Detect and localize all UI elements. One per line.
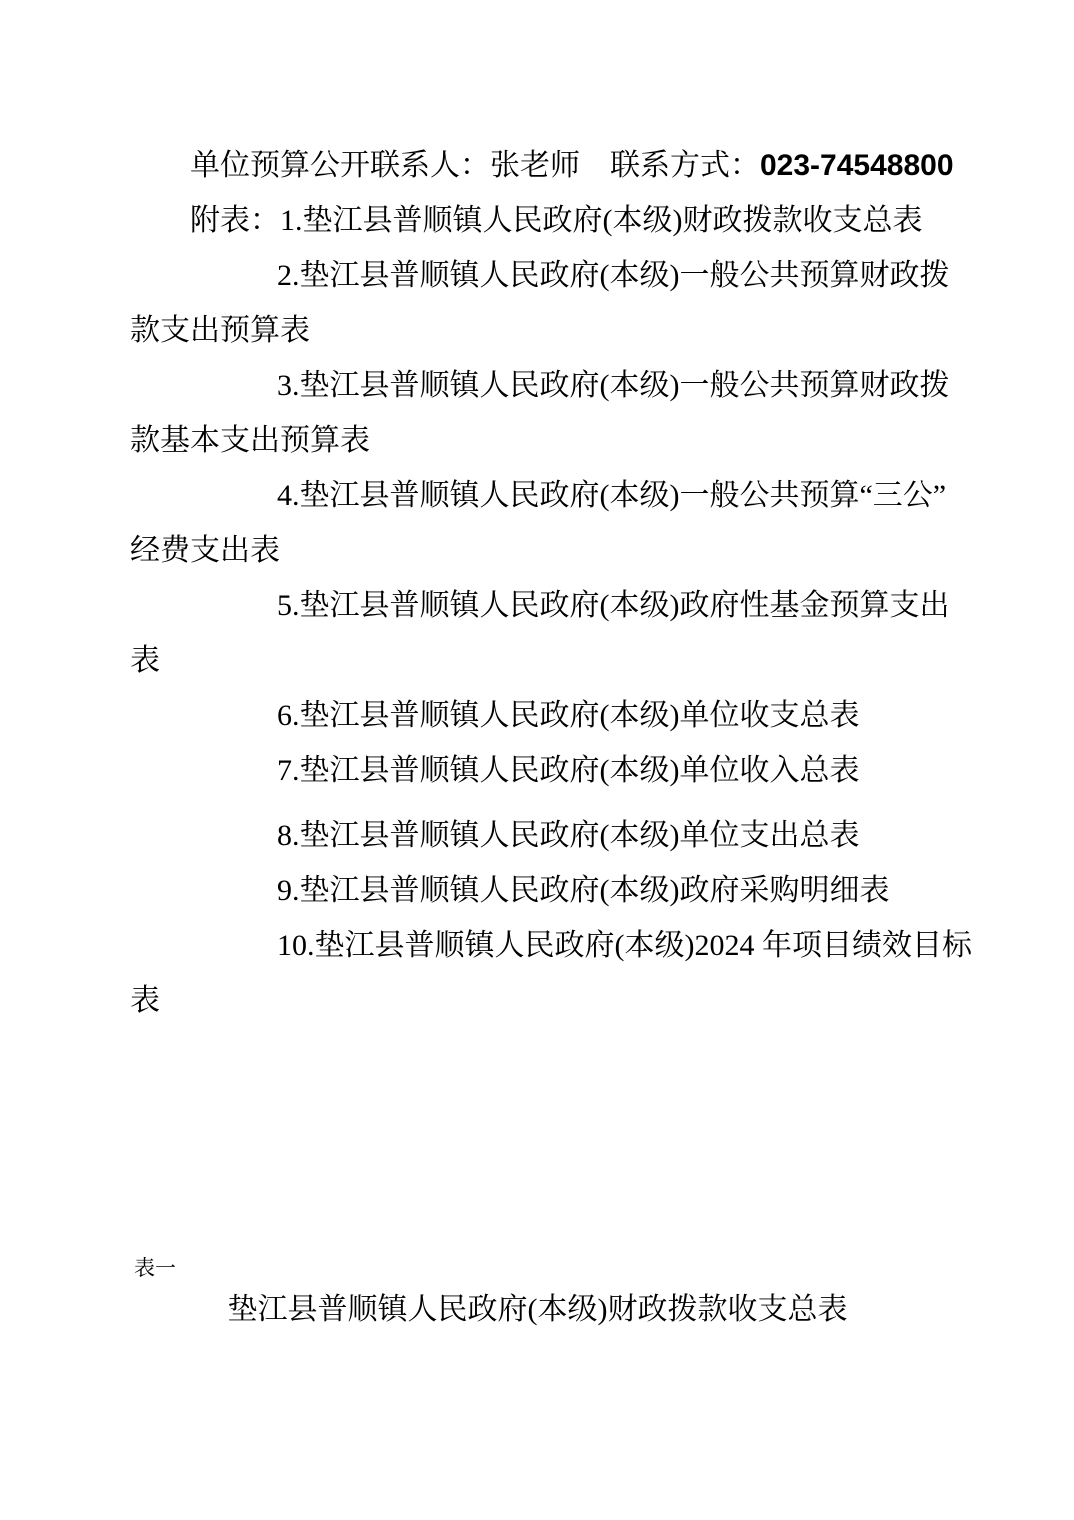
attachment-line-5-wrap: 表	[130, 633, 945, 688]
attachment-line-5: 5.垫江县普顺镇人民政府(本级)政府性基金预算支出	[130, 578, 945, 633]
contact-phone-number: 023-74548800	[760, 149, 954, 182]
attachment-line-3: 3.垫江县普顺镇人民政府(本级)一般公共预算财政拨	[130, 358, 945, 413]
attachment-line-9: 9.垫江县普顺镇人民政府(本级)政府采购明细表	[130, 863, 945, 918]
table-one-label: 表一	[130, 1253, 945, 1283]
attachment-line-4-wrap: 经费支出表	[130, 523, 945, 578]
attachment-line-2-wrap: 款支出预算表	[130, 303, 945, 358]
attachment-line-1: 附表：1.垫江县普顺镇人民政府(本级)财政拨款收支总表	[130, 193, 945, 248]
attachment-line-10: 10.垫江县普顺镇人民政府(本级)2024 年项目绩效目标	[130, 918, 945, 973]
attachment-line-7: 7.垫江县普顺镇人民政府(本级)单位收入总表	[130, 743, 945, 798]
blank-gap	[130, 1028, 945, 1253]
attachment-line-10-wrap: 表	[130, 973, 945, 1028]
table-one-title: 垫江县普顺镇人民政府(本级)财政拨款收支总表	[130, 1287, 945, 1333]
attachment-line-2: 2.垫江县普顺镇人民政府(本级)一般公共预算财政拨	[130, 248, 945, 303]
attachment-line-8: 8.垫江县普顺镇人民政府(本级)单位支出总表	[130, 808, 945, 863]
attachment-line-3-wrap: 款基本支出预算表	[130, 413, 945, 468]
document-content: 单位预算公开联系人：张老师 联系方式：023-74548800 附表：1.垫江县…	[130, 138, 945, 1333]
attachment-line-4: 4.垫江县普顺镇人民政府(本级)一般公共预算“三公”	[130, 468, 945, 523]
attachment-line-6: 6.垫江县普顺镇人民政府(本级)单位收支总表	[130, 688, 945, 743]
contact-line: 单位预算公开联系人：张老师 联系方式：023-74548800	[130, 138, 945, 193]
contact-text: 单位预算公开联系人：张老师 联系方式：	[190, 149, 760, 182]
document-page: 单位预算公开联系人：张老师 联系方式：023-74548800 附表：1.垫江县…	[0, 0, 1074, 1520]
